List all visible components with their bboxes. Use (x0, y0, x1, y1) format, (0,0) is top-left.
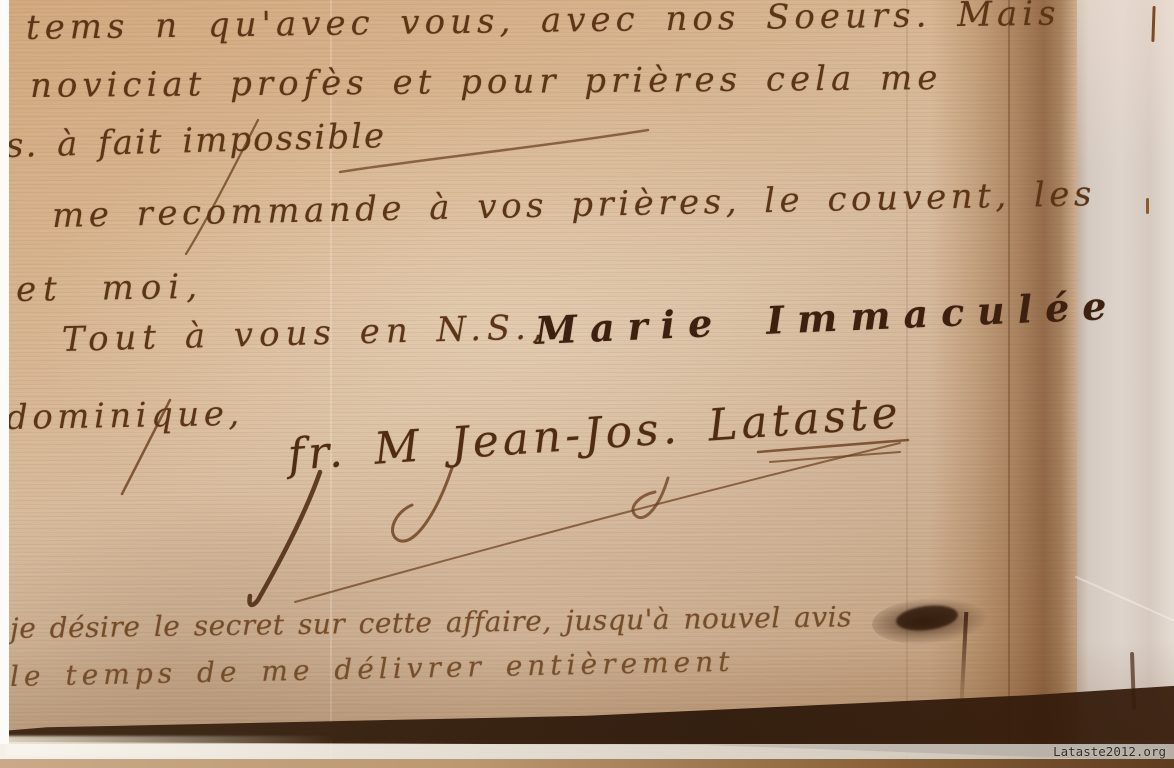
watermark-bar: Lataste2012.org (0, 744, 1174, 759)
letter-line-dominique: dominique, (6, 394, 244, 438)
scan-edge-strip (0, 0, 9, 744)
letter-line-5: et moi, (16, 267, 205, 310)
manuscript-photo: tems n qu'avec vous, avec nos Soeurs. Ma… (0, 0, 1174, 768)
bottom-table-strip (0, 759, 1174, 768)
stray-ink-mark (1146, 198, 1149, 214)
letter-line-2: noviciat profès et pour prières cela me (30, 58, 943, 106)
watermark-text: Lataste2012.org (1053, 744, 1174, 759)
